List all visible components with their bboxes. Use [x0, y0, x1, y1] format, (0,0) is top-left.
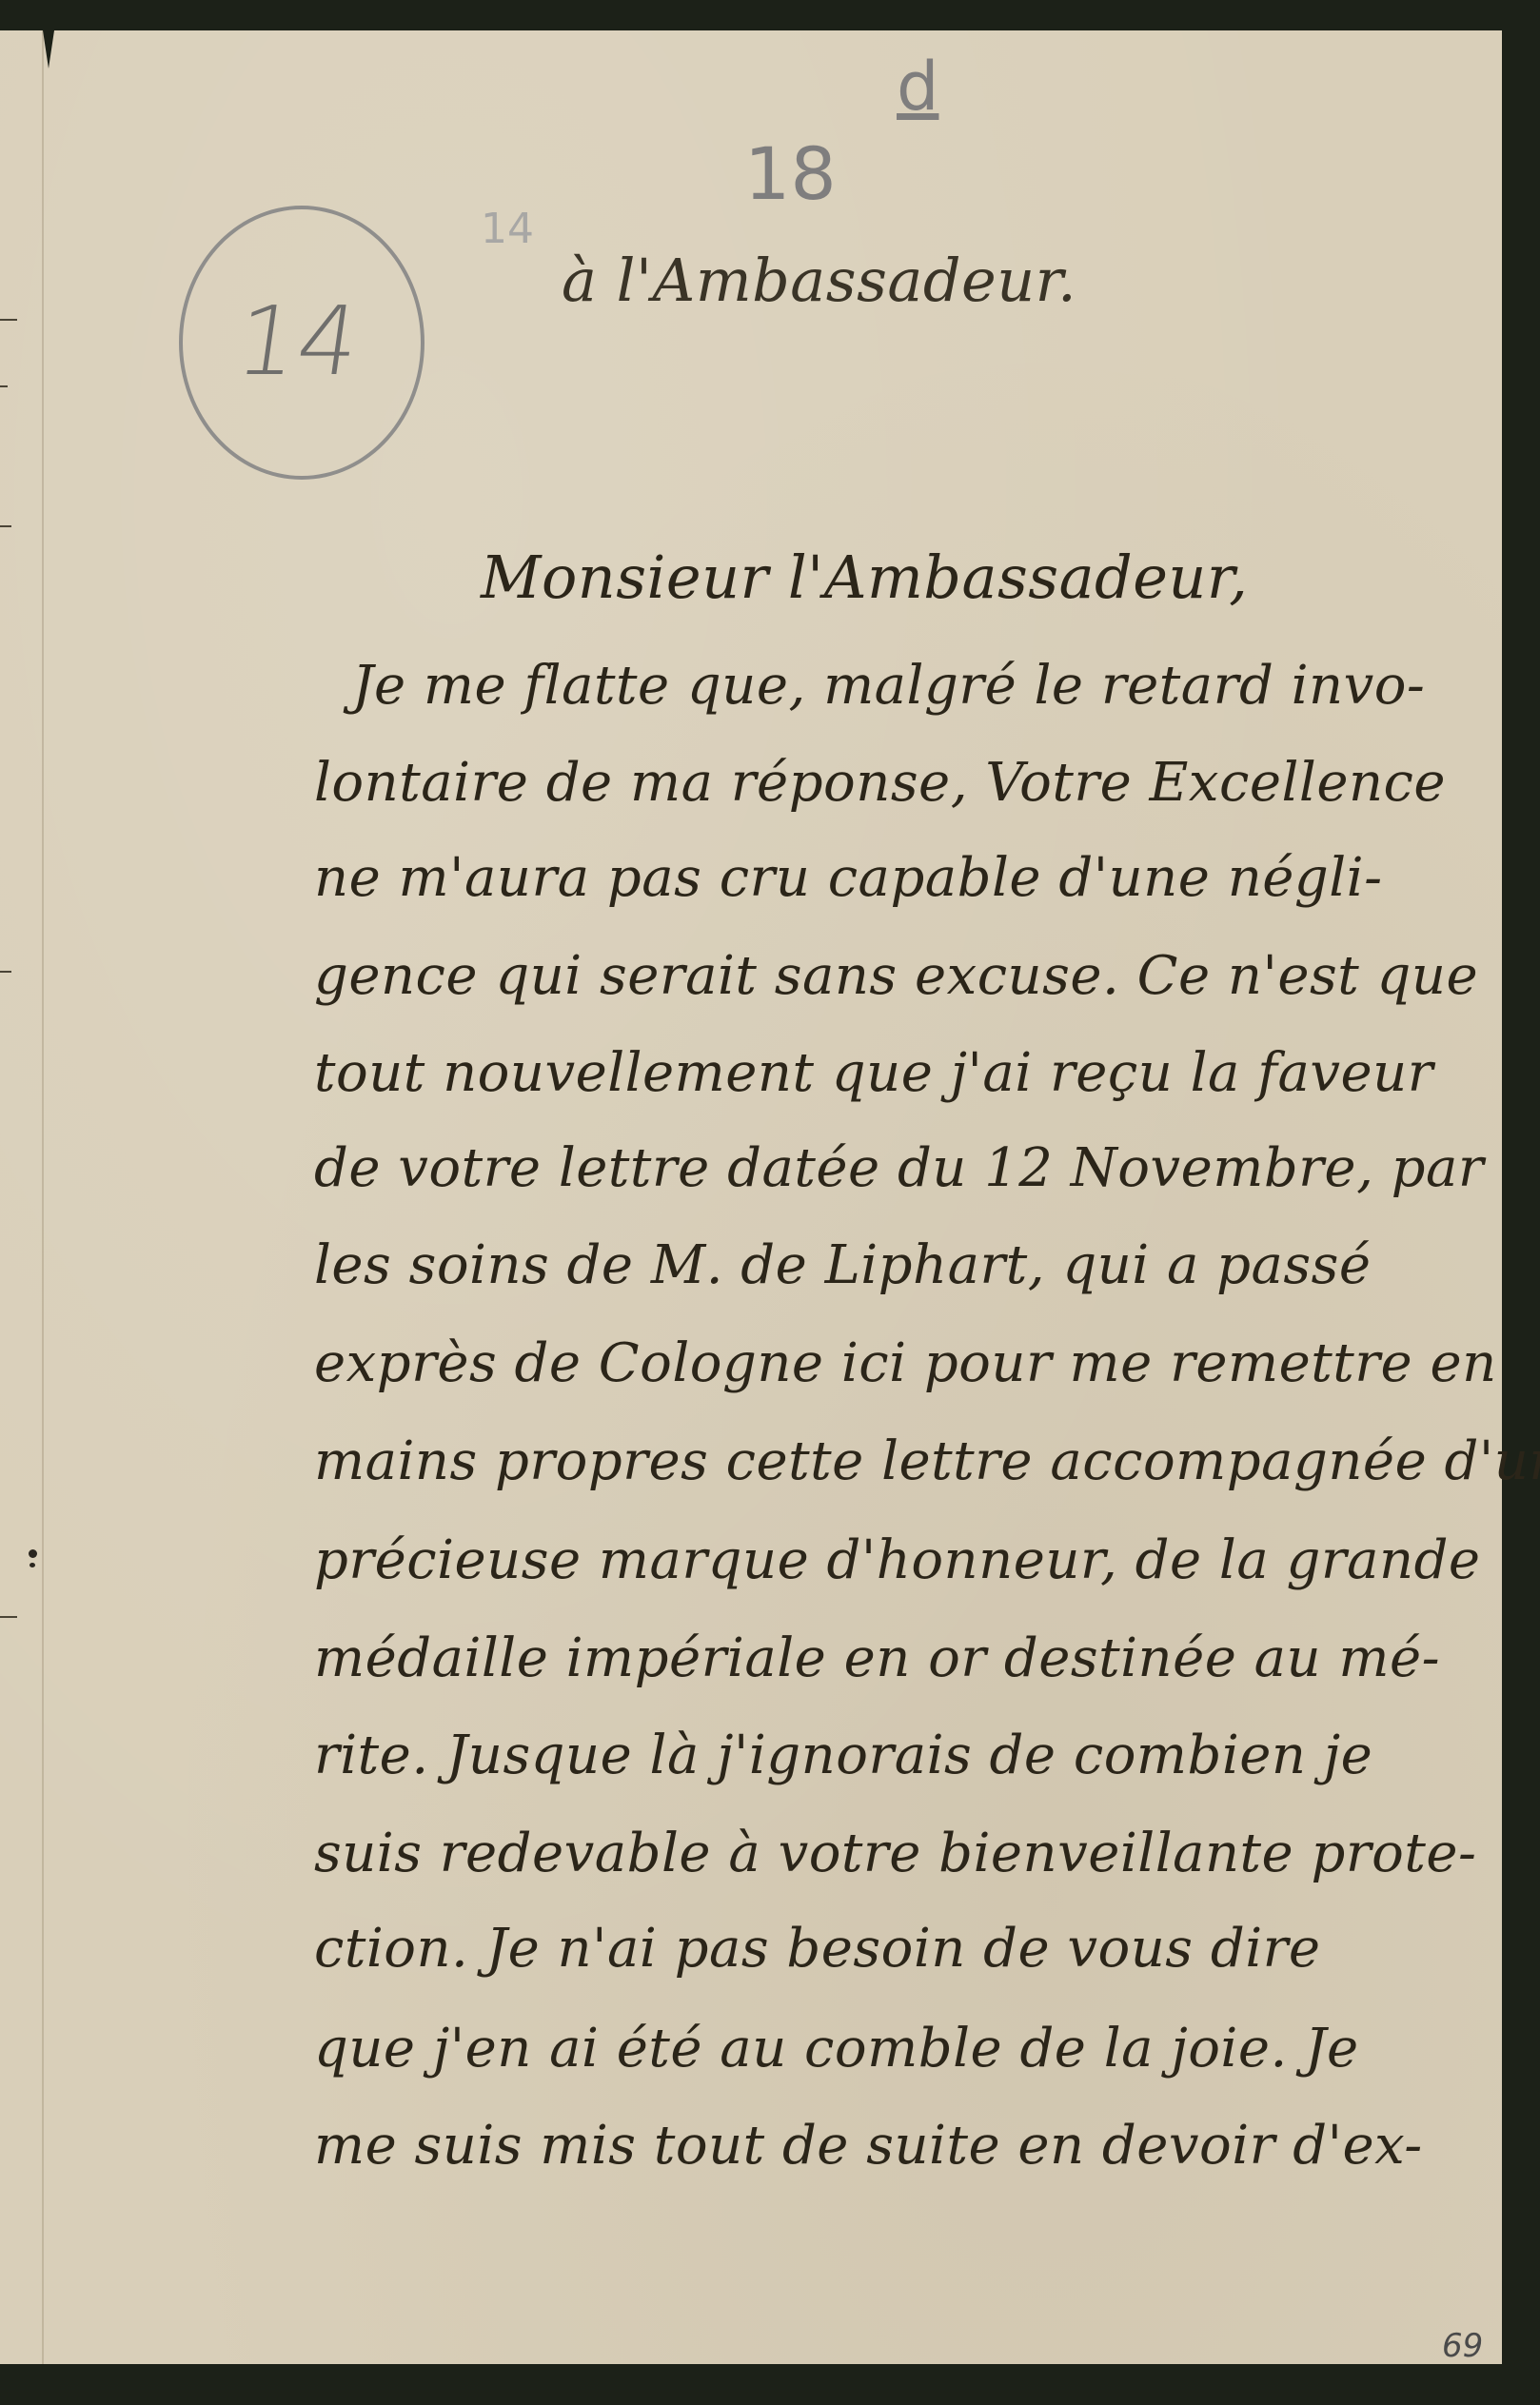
top-pencil-mark: d	[897, 48, 938, 126]
text-line: suis redevable à votre bienveillante pro…	[314, 1823, 1476, 1884]
text-line: que j'en ai été au comble de la joie. Je	[314, 2018, 1359, 2080]
margin-dot	[29, 1549, 37, 1558]
text-line: mains propres cette lettre accompagnée d…	[314, 1430, 1540, 1492]
margin-tick	[0, 385, 8, 387]
text-line: ne m'aura pas cru capable d'une négli-	[314, 847, 1382, 909]
text-line: lontaire de ma réponse, Votre Excellence	[314, 752, 1446, 814]
text-line: de votre lettre datée du 12 Novembre, pa…	[314, 1137, 1484, 1199]
salutation: Monsieur l'Ambassadeur,	[481, 542, 1248, 612]
margin-dot	[30, 1563, 35, 1567]
page-notch	[43, 30, 54, 69]
text-line: tout nouvellement que j'ai reçu la faveu…	[314, 1042, 1433, 1104]
page-number: 69	[1442, 2327, 1483, 2365]
text-line: me suis mis tout de suite en devoir d'ex…	[314, 2115, 1423, 2177]
text-line: Je me flatte que, malgré le retard invo-	[352, 655, 1425, 717]
folio-number: 18	[744, 131, 837, 216]
text-line: les soins de M. de Liphart, qui a passé	[314, 1234, 1372, 1296]
text-line: rite. Jusque là j'ignorais de combien je	[314, 1725, 1372, 1786]
margin-tick	[0, 525, 11, 527]
margin-tick	[0, 1616, 17, 1618]
fold-line	[42, 30, 44, 2364]
text-line: précieuse marque d'honneur, de la grande	[314, 1529, 1481, 1591]
circled-number: 14	[209, 286, 386, 397]
margin-tick	[0, 971, 11, 973]
small-pencil-number: 14	[481, 205, 534, 253]
text-line: exprès de Cologne ici pour me remettre e…	[314, 1332, 1497, 1394]
text-line: médaille impériale en or destinée au mé-	[314, 1627, 1440, 1689]
margin-tick	[0, 319, 17, 321]
letter-title: à l'Ambassadeur.	[562, 246, 1076, 315]
text-line: gence qui serait sans excuse. Ce n'est q…	[314, 945, 1478, 1007]
text-line: ction. Je n'ai pas besoin de vous dire	[314, 1918, 1321, 1980]
